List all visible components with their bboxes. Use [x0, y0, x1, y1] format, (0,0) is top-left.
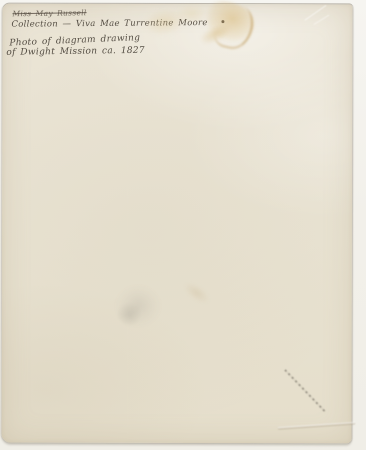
graphite-smudge — [114, 284, 162, 328]
light-scratch — [314, 15, 330, 25]
annotation-collection: Collection — Viva Mae Turrentine Moore — [11, 18, 207, 30]
bottom-crease — [278, 422, 356, 430]
diagonal-scratch — [284, 369, 326, 412]
annotation-struck-name: Miss May Russell — [12, 8, 86, 18]
scan-background: Miss May Russell Collection — Viva Mae T… — [0, 0, 366, 450]
light-scratch — [304, 5, 326, 21]
stain-rim — [212, 2, 256, 53]
photo-back-paper: Miss May Russell Collection — Viva Mae T… — [2, 4, 353, 444]
tan-smudge — [181, 279, 214, 308]
dark-speck — [221, 20, 224, 23]
annotation-description-line-2: of Dwight Mission ca. 1827 — [6, 46, 145, 58]
